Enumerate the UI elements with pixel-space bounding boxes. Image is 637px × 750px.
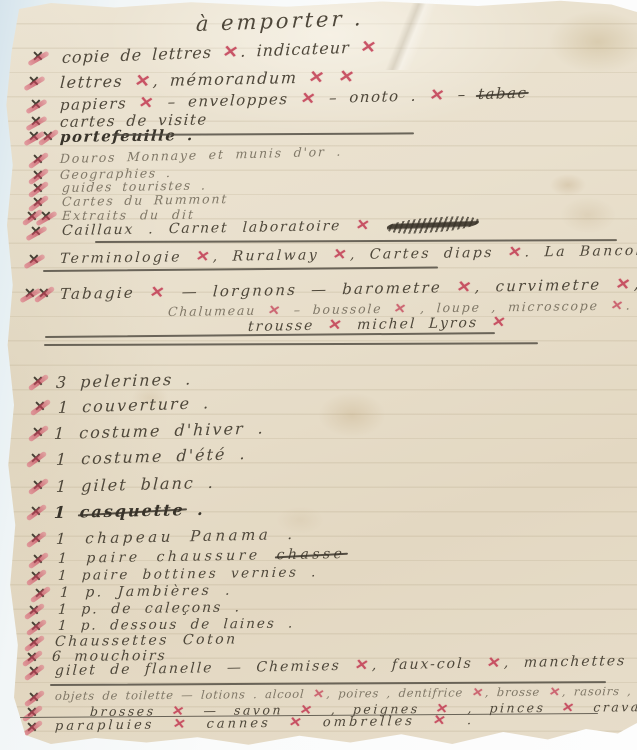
- red-x-mark-icon: ✕: [455, 277, 475, 297]
- red-x-mark-icon: ✕: [312, 686, 327, 701]
- handwriting-text: , curvimetre: [474, 275, 616, 295]
- handwriting-text: , rasoirs , pinceau: [562, 683, 637, 698]
- handwriting-text: – onoto .: [317, 86, 428, 107]
- handwriting-text: Tabagie: [60, 283, 150, 303]
- handwriting-text: , mémorandum: [152, 68, 308, 90]
- handwriting-text: objets de toilette — lotions . alcool: [55, 687, 313, 703]
- handwriting-text: 1 chapeau Panama .: [56, 525, 297, 548]
- list-item-line: 1 paire bottines vernies .: [58, 564, 319, 584]
- checkoff-x-mark-icon: [38, 210, 54, 225]
- handwriting-text: Douros Monnaye et munis d'or .: [60, 144, 343, 166]
- checkoff-x-mark-icon: [26, 665, 42, 680]
- hand-drawn-divider-line: [95, 239, 617, 243]
- red-x-mark-icon: ✕: [337, 66, 357, 87]
- handwriting-text: , brosse: [485, 685, 548, 700]
- checkoff-x-mark-icon: [26, 604, 42, 619]
- hand-drawn-divider-line: [112, 132, 414, 135]
- handwriting-text: .: [625, 298, 632, 313]
- checkoff-x-mark-icon: [30, 553, 46, 568]
- list-item-line: 1 p. Jambières .: [60, 583, 233, 601]
- checkoff-x-mark-icon: [26, 75, 42, 90]
- crossed-out-text: chasse: [276, 546, 346, 563]
- red-x-mark-icon: ✕: [171, 716, 190, 733]
- handwriting-text: 1 p. Jambières .: [60, 583, 233, 601]
- checkoff-x-mark-icon: [30, 153, 46, 168]
- red-x-mark-icon: ✕: [299, 89, 318, 109]
- checkoff-x-mark-icon: [28, 115, 44, 130]
- handwriting-text: Chalumeau: [168, 303, 268, 319]
- handwriting-text: – boussole: [283, 301, 394, 318]
- checkoff-x-mark-icon: [28, 98, 44, 113]
- checkoff-x-mark-icon: [30, 479, 46, 494]
- red-x-mark-icon: ✕: [355, 217, 373, 235]
- document-paper: à emporter .copie de lettres ✕. indicate…: [0, 0, 637, 750]
- checkoff-x-mark-icon: [28, 452, 44, 467]
- red-x-mark-icon: ✕: [331, 246, 350, 264]
- handwriting-text: 1 costume d'été .: [56, 444, 247, 469]
- checkoff-x-mark-icon: [28, 570, 44, 585]
- handwriting-text: 1 costume d'hiver .: [54, 418, 266, 443]
- list-item-line: Douros Monnaye et munis d'or .: [60, 144, 343, 166]
- handwriting-text: copie de lettres: [62, 42, 223, 67]
- handwriting-text: . La Bancole: [524, 243, 637, 261]
- red-x-mark-icon: ✕: [354, 657, 373, 675]
- handwriting-text: , loupe , microscope: [409, 298, 610, 316]
- red-x-mark-icon: ✕: [359, 36, 379, 57]
- handwriting-text: cannes: [189, 716, 288, 732]
- list-item-line: copie de lettres ✕. indicateur ✕: [62, 37, 379, 67]
- handwriting-text: – enveloppes: [156, 90, 300, 112]
- handwriting-text: parapluies: [55, 717, 172, 734]
- checkoff-x-mark-icon: [24, 721, 40, 736]
- handwriting-text: , Ruralway: [212, 247, 332, 265]
- red-x-mark-icon: ✕: [506, 244, 525, 262]
- red-x-mark-icon: ✕: [221, 41, 241, 62]
- checkoff-x-mark-icon: [28, 620, 44, 635]
- handwriting-text: , Cartes diaps: [350, 245, 507, 263]
- red-x-mark-icon: ✕: [548, 684, 563, 699]
- checkoff-x-mark-icon: [26, 253, 42, 268]
- checkoff-x-mark-icon: [30, 375, 46, 390]
- handwriting-text: 1 p. dessous de laines .: [58, 616, 295, 634]
- scanned-document-background: à emporter .copie de lettres ✕. indicate…: [0, 0, 637, 750]
- handwriting-text: , faux-cols: [372, 655, 487, 673]
- checkoff-x-mark-icon: [28, 505, 44, 520]
- list-item-line: 1 gilet blanc .: [56, 473, 216, 496]
- scratched-out-word: [387, 214, 479, 235]
- handwriting-text: 1 gilet blanc .: [56, 473, 216, 496]
- list-item-line: 1 couverture .: [58, 393, 211, 417]
- handwriting-text: , manchettes: [503, 653, 637, 671]
- red-x-mark-icon: ✕: [471, 685, 486, 700]
- document-title: à emporter .: [196, 6, 365, 36]
- red-x-mark-icon: ✕: [287, 715, 306, 732]
- checkoff-x-mark-icon: [24, 706, 40, 721]
- red-x-mark-icon: ✕: [307, 67, 327, 88]
- handwriting-text: michel Lyros: [344, 315, 491, 334]
- handwriting-text: 1 p. de caleçons .: [58, 599, 242, 618]
- handwriting-text: .: [184, 500, 205, 519]
- list-item-line: lettres ✕, mémorandum ✕ ✕: [60, 67, 357, 92]
- red-x-mark-icon: ✕: [393, 300, 410, 317]
- red-x-mark-icon: ✕: [138, 93, 157, 113]
- checkoff-x-mark-icon: [32, 587, 48, 602]
- checkoff-x-mark-icon: [32, 400, 48, 415]
- checkoff-x-mark-icon: [26, 691, 42, 706]
- checkoff-x-mark-icon: [30, 426, 46, 441]
- crossed-out-text: tabac: [478, 84, 528, 103]
- list-item-line: portefeuille .: [59, 126, 194, 146]
- handwriting-text: 1: [54, 502, 81, 522]
- handwriting-text: portefeuille .: [59, 126, 194, 146]
- red-x-mark-icon: ✕: [428, 85, 447, 105]
- list-item-line: 1 costume d'été .: [56, 444, 247, 469]
- handwriting-text: 1 couverture .: [58, 393, 211, 417]
- list-item-line: Terminologie ✕, Ruralway ✕, Cartes diaps…: [60, 242, 637, 267]
- handwriting-text: 1 paire bottines vernies .: [58, 564, 319, 584]
- checkoff-x-mark-icon: [28, 532, 44, 547]
- checkoff-x-mark-icon: [36, 287, 52, 302]
- list-item-line: 1 casquette .: [54, 500, 206, 522]
- handwriting-text: lettres: [60, 71, 135, 92]
- list-item-line: 3 pelerines .: [56, 369, 193, 392]
- handwriting-text: à emporter .: [196, 6, 365, 36]
- red-x-mark-icon: ✕: [609, 297, 626, 314]
- handwriting-text: trousse: [248, 318, 328, 335]
- red-x-mark-icon: ✕: [326, 317, 345, 335]
- handwriting-text: — lorgnons — barometre: [167, 278, 456, 301]
- list-item-line: 1 p. de caleçons .: [58, 599, 242, 618]
- crossed-out-text: casquette: [79, 500, 185, 521]
- red-x-mark-icon: ✕: [148, 282, 168, 302]
- handwriting-text: –: [446, 85, 478, 104]
- checkoff-x-mark-icon: [26, 636, 42, 651]
- handwriting-text: [373, 217, 388, 233]
- hand-drawn-divider-line: [44, 342, 538, 346]
- handwriting-text: . indicateur: [240, 38, 360, 61]
- list-item-line: 1 costume d'hiver .: [54, 418, 266, 443]
- handwriting-text: Terminologie: [60, 249, 196, 267]
- handwriting-text: .: [450, 713, 475, 728]
- handwriting-text: 3 pelerines .: [56, 369, 193, 392]
- red-x-mark-icon: ✕: [432, 713, 451, 730]
- red-x-mark-icon: ✕: [133, 70, 153, 91]
- red-x-mark-icon: ✕: [490, 314, 509, 332]
- list-item-line: 1 p. dessous de laines .: [58, 616, 295, 634]
- handwriting-text: ombrelles: [305, 714, 432, 731]
- handwriting-text: , poires , dentifrice: [326, 685, 471, 700]
- checkoff-x-mark-icon: [30, 50, 46, 65]
- red-x-mark-icon: ✕: [267, 302, 284, 319]
- list-item-line: 1 chapeau Panama .: [56, 525, 297, 548]
- hand-drawn-divider-line: [43, 267, 438, 272]
- red-x-mark-icon: ✕: [486, 654, 505, 672]
- checkoff-x-mark-icon: [40, 130, 56, 145]
- red-x-mark-icon: ✕: [194, 248, 213, 266]
- checkoff-x-mark-icon: [28, 225, 44, 240]
- handwriting-text: 1 paire chaussure: [58, 547, 277, 567]
- red-x-mark-icon: ✕: [615, 274, 635, 294]
